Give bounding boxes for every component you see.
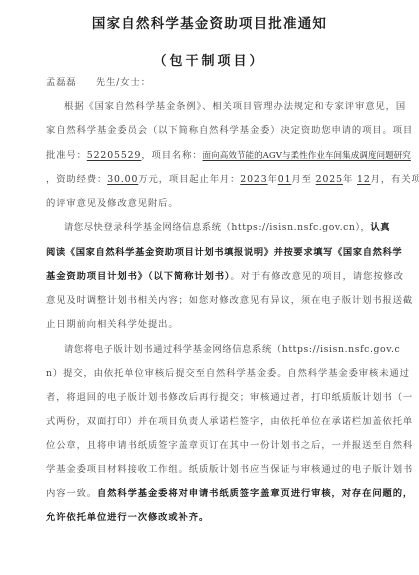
month-to: 月至 bbox=[291, 174, 311, 185]
para2-line5: 止日期前向相关科学处提出。 bbox=[46, 318, 364, 331]
end-year: 2025 bbox=[316, 174, 343, 185]
para3-line5: 位公章，且将申请书纸质签字盖章页订在其中一份计划书之后，一并报送至自然科 bbox=[46, 439, 364, 452]
document-title: 国家自然科学基金资助项目批准通知 bbox=[0, 12, 419, 32]
project-name: 面向高效节能的AGV与柔性作业车间集成调度问题研究 bbox=[203, 151, 411, 161]
para2-line3: 基金资助项目计划书》（以下简称计划书）。对于有修改意见的项目，请您按修改 bbox=[46, 270, 364, 283]
recipient-name: 孟磊磊 bbox=[46, 77, 77, 88]
para1-line3: 批准号：52205529，项目名称：面向高效节能的AGV与柔性作业车间集成调度问… bbox=[46, 149, 364, 163]
end-month: 12 bbox=[357, 174, 371, 185]
approval-number: 52205529 bbox=[87, 150, 142, 161]
para1-line2: 家自然科学基金委员会（以下简称自然科学基金委）决定资助您申请的项目。项目 bbox=[46, 124, 364, 137]
project-name-label: ，项目名称： bbox=[141, 150, 202, 161]
period-end-text: 月，有关项目 bbox=[371, 174, 419, 185]
para1-line5: 的评审意见及修改意见附后。 bbox=[46, 197, 364, 210]
para1-line1: 根据《国家自然科学基金条例》、相关项目管理办法规定和专家评审意见，国 bbox=[64, 100, 364, 113]
para3-line7-bold: 自然科学基金委将对申请书纸质签字盖章页进行审核，对存在问题的， bbox=[97, 488, 413, 499]
period-label: 万元，项目起止年月： bbox=[138, 174, 240, 185]
year-char-2: 年 bbox=[343, 174, 353, 185]
para2-line3-text: 。对于有修改意见的项目，请您按修改 bbox=[230, 271, 403, 282]
para2-line1: 请您尽快登录科学基金网络信息系统（https://isisn.nsfc.gov.… bbox=[64, 221, 364, 234]
document-subtitle: （包干制项目） bbox=[0, 50, 419, 69]
para3-line3: 者，将退回的电子版计划书修改后再行提交；审核通过者，打印纸质版计划书（一 bbox=[46, 391, 364, 404]
para3-line8: 允许依托单位进行一次修改或补齐。 bbox=[46, 511, 364, 524]
para3-line2: n）提交，由依托单位审核后提交至自然科学基金委。自然科学基金委审核未通过 bbox=[46, 367, 364, 380]
para3-line6: 学基金委项目材料接收工作组。纸质版计划书应当保证与审核通过的电子版计划书 bbox=[46, 463, 364, 476]
start-month: 01 bbox=[278, 174, 292, 185]
para1-line4: ，资助经费：30.00万元，项目起止年月：2023年01月至 2025年 12月… bbox=[46, 173, 364, 186]
para3-line7: 内容一致。自然科学基金委将对申请书纸质签字盖章页进行审核，对存在问题的， bbox=[46, 487, 364, 500]
para3-line7-text: 内容一致。 bbox=[46, 488, 97, 499]
para3-line1: 请您将电子版计划书通过科学基金网络信息系统（https://isisn.nsfc… bbox=[64, 343, 364, 356]
para2-line4: 意见及时调整计划书相关内容；如您对修改意见有异议，须在电子版计划书报送截 bbox=[46, 294, 364, 307]
year-char: 年 bbox=[268, 174, 278, 185]
para2-line3-bold: 基金资助项目计划书》（以下简称计划书） bbox=[46, 271, 230, 282]
salutation-suffix: 先生/女士： bbox=[96, 77, 151, 88]
para2-line1-text: 请您尽快登录科学基金网络信息系统（https://isisn.nsfc.gov.… bbox=[64, 222, 370, 233]
para3-line4: 式两份，双面打印）并在项目负责人承诺栏签字，由依托单位在承诺栏加盖依托单 bbox=[46, 415, 364, 428]
start-year: 2023 bbox=[240, 174, 267, 185]
para2-line1-bold: 认真 bbox=[370, 222, 390, 233]
approval-notice-page: 国家自然科学基金资助项目批准通知 （包干制项目） 孟磊磊 先生/女士： 根据《国… bbox=[0, 0, 419, 575]
salutation: 孟磊磊 先生/女士： bbox=[46, 76, 364, 89]
funding-label: ，资助经费： bbox=[46, 174, 107, 185]
approval-number-label: 批准号： bbox=[46, 150, 87, 161]
funding-amount: 30.00 bbox=[107, 174, 138, 185]
para2-line2: 阅读《国家自然科学基金资助项目计划书填报说明》并按要求填写《国家自然科学 bbox=[46, 246, 364, 259]
